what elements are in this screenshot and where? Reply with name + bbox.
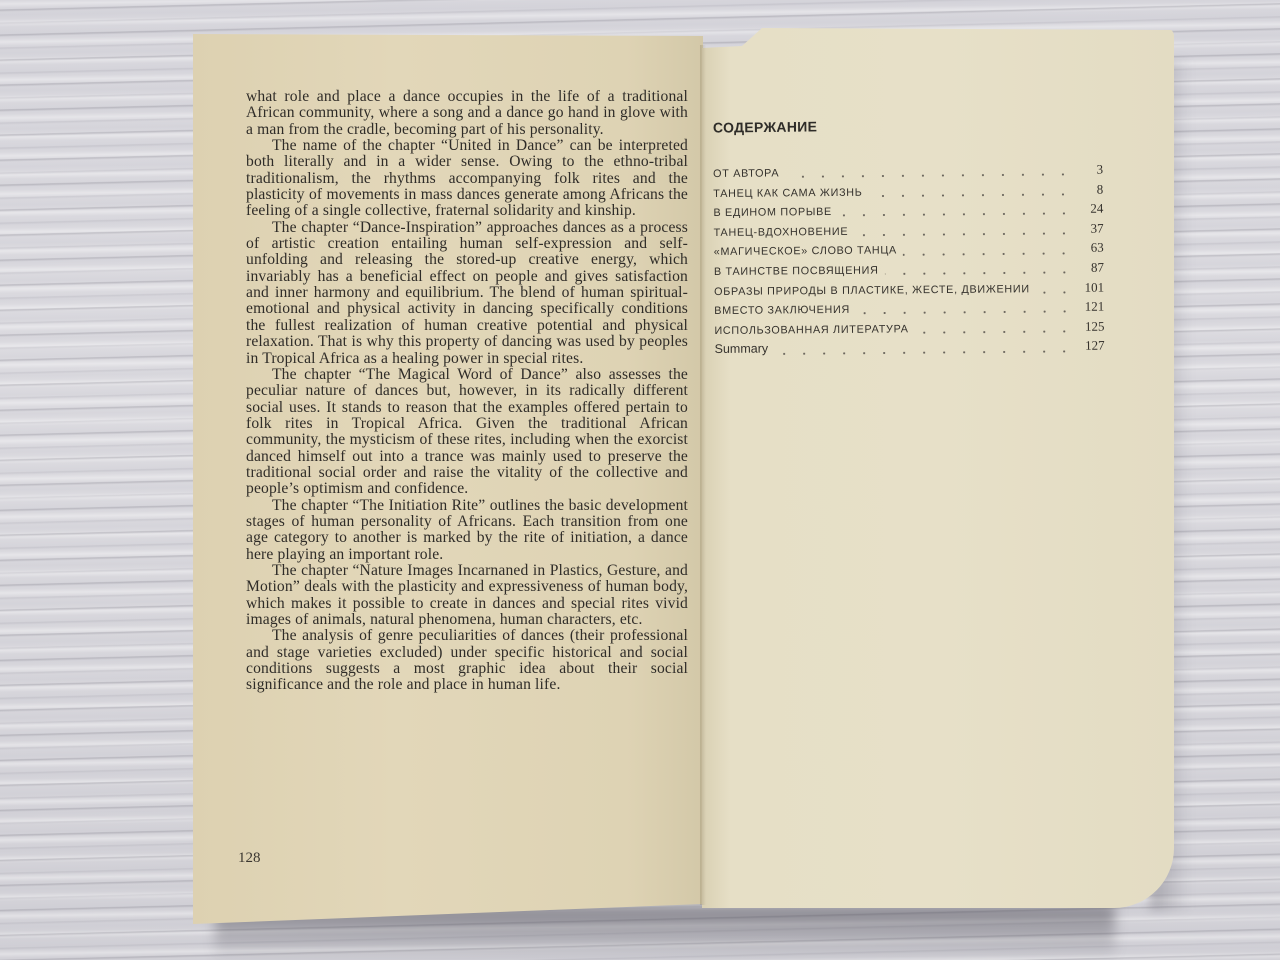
toc-title: СОДЕРЖАНИЕ bbox=[713, 118, 817, 135]
dot-leader bbox=[915, 330, 1075, 334]
paragraph: The name of the chapter “United in Dance… bbox=[246, 138, 688, 220]
dot-leader bbox=[903, 252, 1074, 256]
toc-entry-page: 101 bbox=[1080, 279, 1104, 295]
toc-entry-label: ТАНЕЦ-ВДОХНОВЕНИЕ bbox=[714, 226, 849, 239]
dot-leader bbox=[856, 310, 1074, 315]
page-number: 128 bbox=[238, 850, 261, 867]
toc-entry-page: 121 bbox=[1080, 299, 1104, 315]
paragraph: The analysis of genre peculiarities of d… bbox=[246, 628, 688, 693]
paragraph: The chapter “Nature Images Incarnaned in… bbox=[246, 563, 688, 628]
toc-entry-label: «МАГИЧЕСКОЕ» СЛОВО ТАНЦА bbox=[714, 245, 897, 259]
dot-leader bbox=[838, 212, 1074, 217]
toc-entry-page: 3 bbox=[1079, 162, 1103, 178]
toc-entry: Summary127 bbox=[715, 338, 1105, 361]
toc-entry-page: 8 bbox=[1079, 181, 1103, 197]
dot-leader bbox=[1036, 291, 1074, 294]
toc-entry-label: В ЕДИНОМ ПОРЫВЕ bbox=[713, 206, 832, 219]
book-gutter bbox=[700, 45, 706, 905]
toc-entry-page: 127 bbox=[1081, 338, 1105, 354]
paragraph: what role and place a dance occupies in … bbox=[246, 89, 688, 138]
summary-text: what role and place a dance occupies in … bbox=[246, 89, 688, 694]
dot-leader bbox=[774, 349, 1075, 355]
dot-leader bbox=[869, 193, 1074, 198]
toc-entry-label: В ТАИНСТВЕ ПОСВЯЩЕНИЯ bbox=[714, 265, 879, 278]
toc-entry-label: ОБРАЗЫ ПРИРОДЫ В ПЛАСТИКЕ, ЖЕСТЕ, ДВИЖЕН… bbox=[714, 283, 1030, 298]
toc-entry-page: 63 bbox=[1080, 240, 1104, 256]
toc-entry-label: ТАНЕЦ КАК САМА ЖИЗНЬ bbox=[713, 186, 862, 199]
toc-entry-label: ОТ АВТОРА bbox=[713, 167, 779, 180]
paragraph: The chapter “The Magical Word of Dance” … bbox=[246, 367, 688, 498]
toc-entry-page: 37 bbox=[1079, 220, 1103, 236]
dot-leader bbox=[885, 271, 1074, 276]
toc-entry-page: 125 bbox=[1080, 318, 1104, 334]
toc-entry-label: Summary bbox=[715, 342, 769, 356]
toc-entry-label: ВМЕСТО ЗАКЛЮЧЕНИЯ bbox=[714, 304, 850, 317]
toc-entry-page: 87 bbox=[1080, 260, 1104, 276]
dot-leader bbox=[785, 173, 1073, 179]
toc-entry-label: ИСПОЛЬЗОВАННАЯ ЛИТЕРАТУРА bbox=[714, 323, 908, 337]
table-of-contents: ОТ АВТОРА3 ТАНЕЦ КАК САМА ЖИЗНЬ8 В ЕДИНО… bbox=[713, 162, 1105, 361]
paragraph: The chapter “Dance-Inspiration” approach… bbox=[246, 220, 688, 367]
right-page bbox=[702, 28, 1174, 908]
toc-entry-page: 24 bbox=[1079, 201, 1103, 217]
paragraph: The chapter “The Initiation Rite” outlin… bbox=[246, 498, 688, 563]
dot-leader bbox=[854, 232, 1073, 237]
